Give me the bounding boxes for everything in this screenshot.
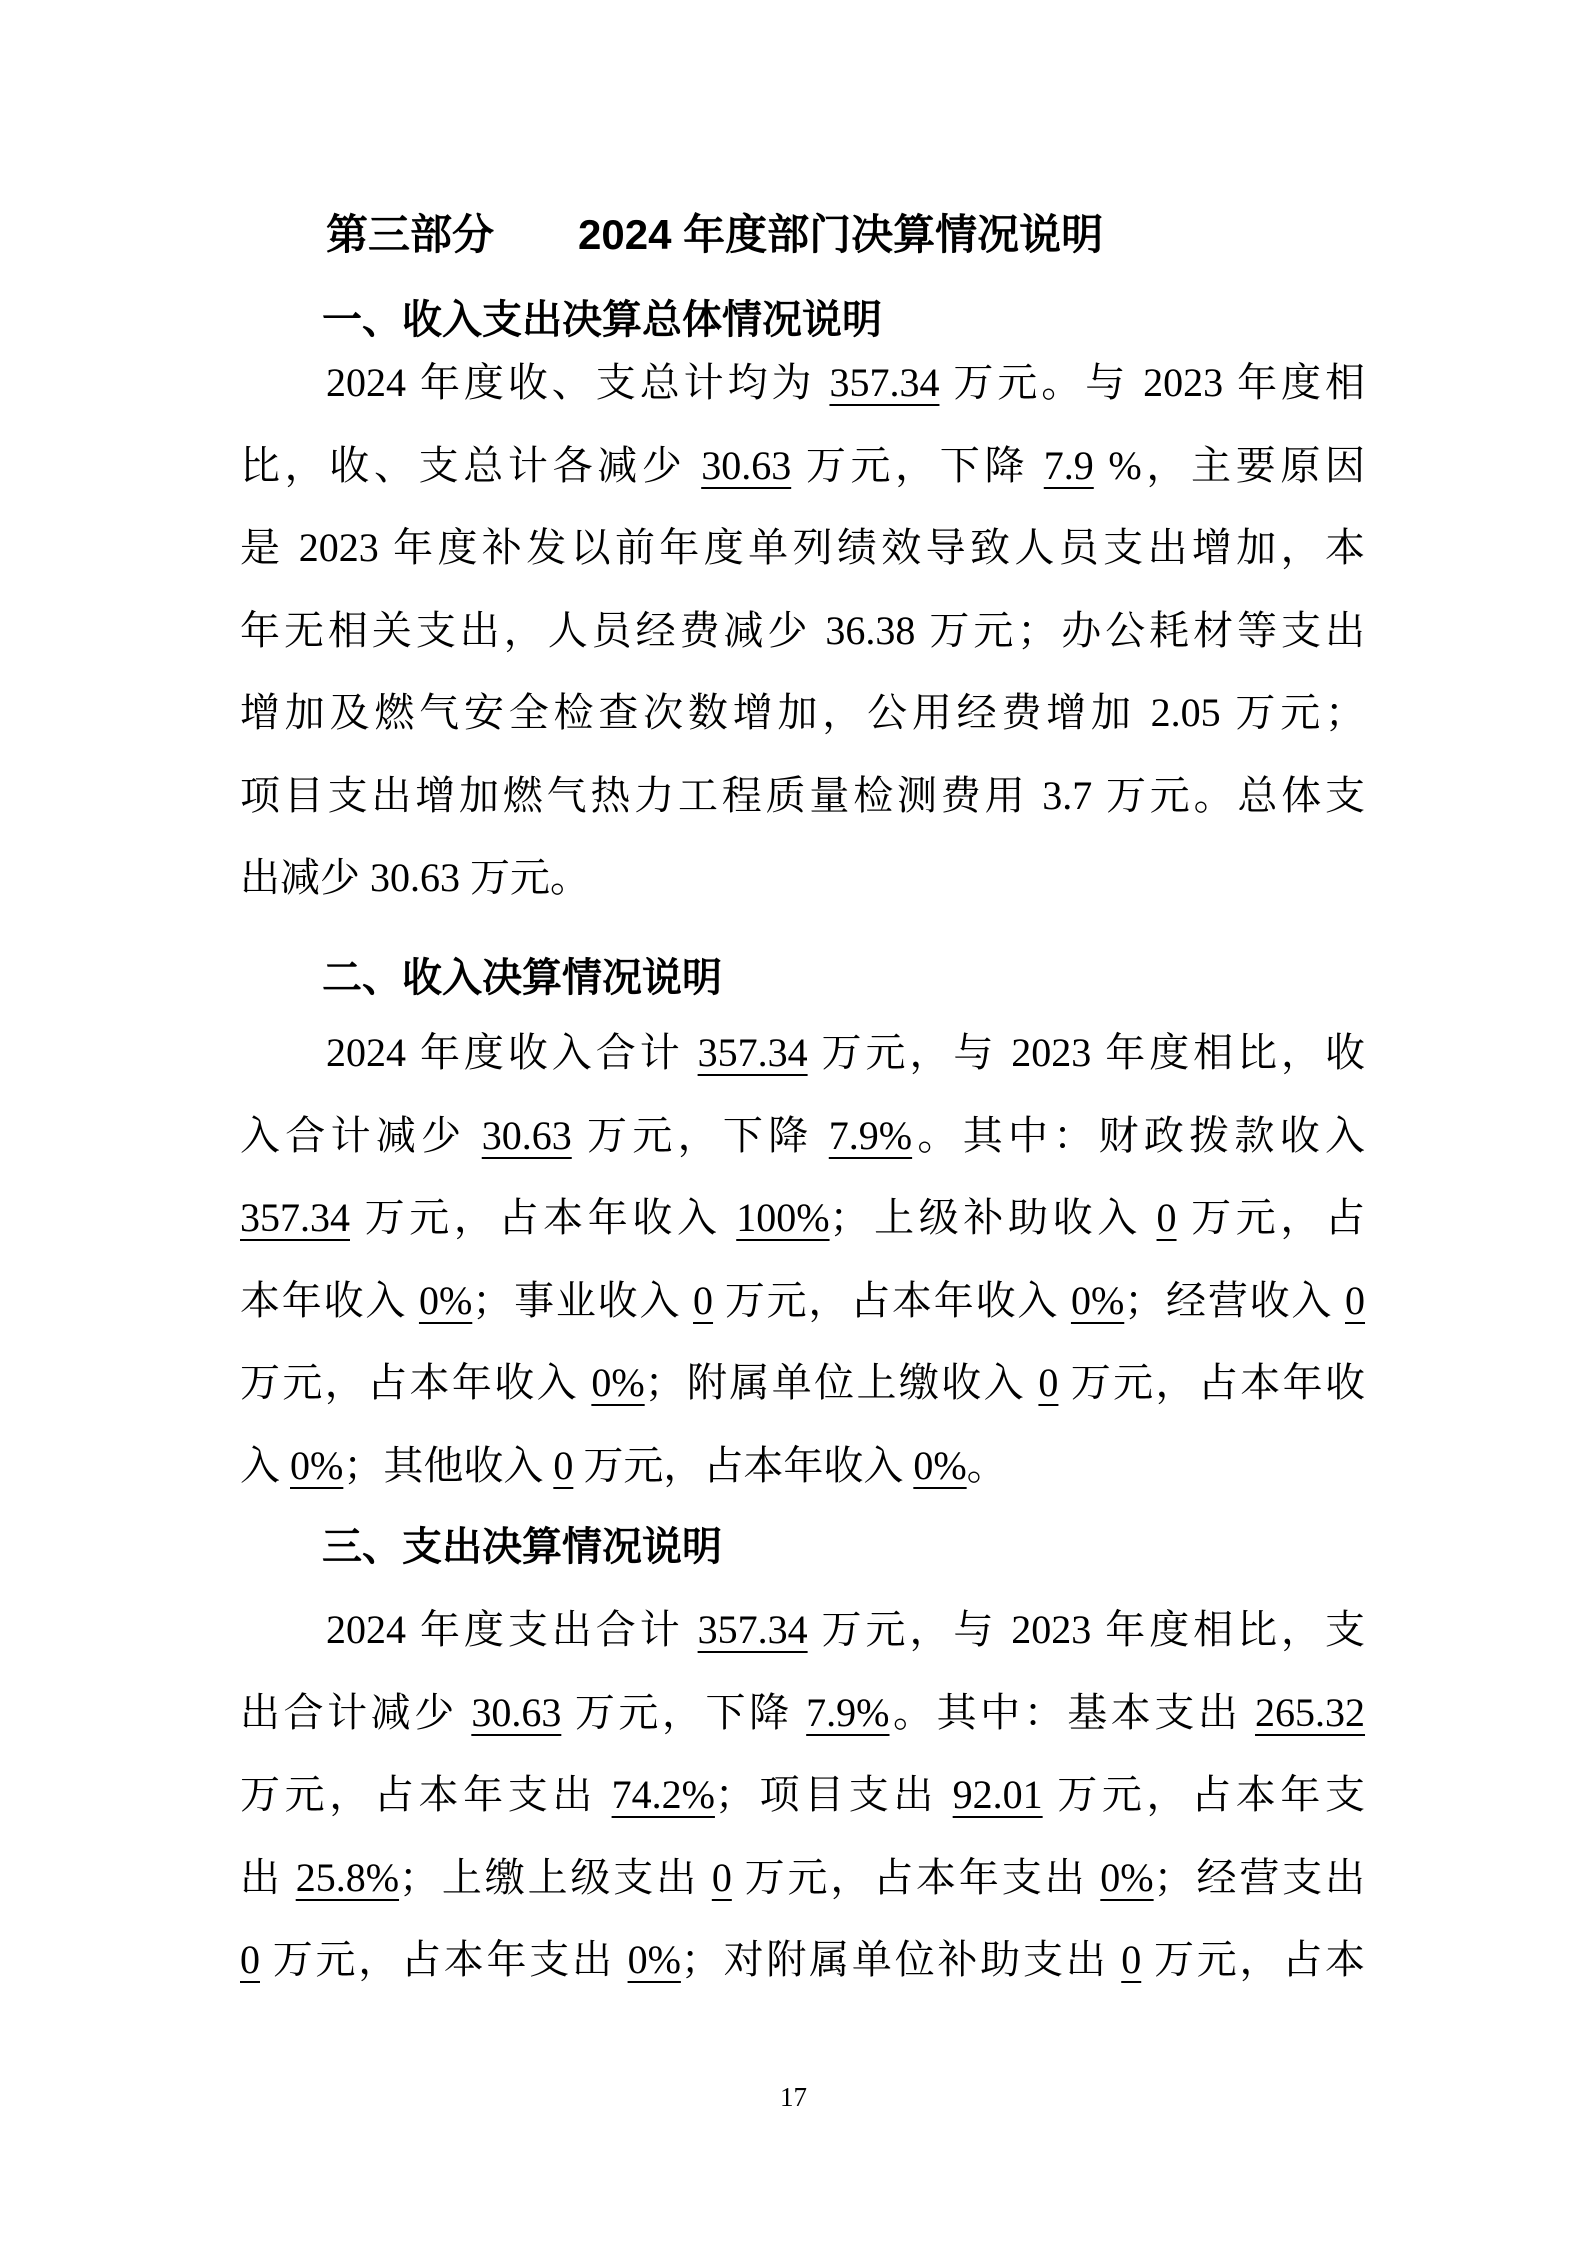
text-line: 入合计减少 30.63 万元，下降 7.9%。其中：财政拨款收入: [240, 1095, 1365, 1178]
underlined-value: 0: [1121, 1937, 1141, 1982]
text-segment: 2024 年度支出合计: [326, 1607, 698, 1652]
section-paragraph-3: 2024 年度支出合计 357.34 万元，与 2023 年度相比，支出合计减少…: [240, 1589, 1365, 2002]
text-segment: 万元，下降: [791, 443, 1044, 488]
text-segment: 是 2023 年度补发以前年度单列绩效导致人员支出增加，本: [240, 525, 1365, 570]
text-segment: 万元，占本年支: [1043, 1772, 1365, 1817]
text-segment: ；其他收入: [343, 1443, 553, 1488]
underlined-value: 0: [712, 1855, 732, 1900]
section-paragraph-1: 2024 年度收、支总计均为 357.34 万元。与 2023 年度相比，收、支…: [240, 342, 1365, 920]
underlined-value: 0: [553, 1443, 573, 1488]
text-segment: 万元，占本年支出: [732, 1855, 1100, 1900]
underlined-value: 30.63: [471, 1690, 561, 1735]
underlined-value: 357.34: [698, 1607, 808, 1652]
text-line: 项目支出增加燃气热力工程质量检测费用 3.7 万元。总体支: [240, 755, 1365, 838]
text-segment: 入合计减少: [240, 1113, 482, 1158]
text-line: 出 25.8%；上缴上级支出 0 万元，占本年支出 0%；经营支出: [240, 1837, 1365, 1920]
section-heading-3: 三、支出决算情况说明: [322, 1506, 722, 1589]
underlined-value: 0: [1038, 1360, 1058, 1405]
underlined-value: 357.34: [829, 360, 939, 405]
document-page: 第三部分 2024 年度部门决算情况说明 一、收入支出决算总体情况说明 2024…: [0, 0, 1587, 2245]
underlined-value: 0%: [1100, 1855, 1153, 1900]
underlined-value: 7.9: [1044, 443, 1094, 488]
text-segment: 万元，下降: [572, 1113, 829, 1158]
text-segment: 万元，占本年收入: [240, 1360, 591, 1405]
underlined-value: 30.63: [701, 443, 791, 488]
text-line: 出合计减少 30.63 万元，下降 7.9%。其中：基本支出 265.32: [240, 1672, 1365, 1755]
underlined-value: 357.34: [698, 1030, 808, 1075]
underlined-value: 0: [693, 1278, 713, 1323]
text-line: 万元，占本年收入 0%；附属单位上缴收入 0 万元，占本年收: [240, 1342, 1365, 1425]
text-segment: 入: [240, 1443, 290, 1488]
text-segment: 万元，占本年收入: [713, 1278, 1071, 1323]
text-line: 年无相关支出，人员经费减少 36.38 万元；办公耗材等支出: [240, 590, 1365, 673]
underlined-value: 30.63: [482, 1113, 572, 1158]
text-segment: 万元。与 2023 年度相: [939, 360, 1365, 405]
text-segment: 万元，下降: [561, 1690, 806, 1735]
text-segment: 增加及燃气安全检查次数增加，公用经费增加 2.05 万元；: [240, 690, 1365, 735]
text-line: 增加及燃气安全检查次数增加，公用经费增加 2.05 万元；: [240, 672, 1365, 755]
text-segment: 出合计减少: [240, 1690, 471, 1735]
text-segment: 年无相关支出，人员经费减少 36.38 万元；办公耗材等支出: [240, 608, 1365, 653]
text-segment: 万元，占本年收入: [350, 1195, 736, 1240]
text-line: 2024 年度收入合计 357.34 万元，与 2023 年度相比，收: [240, 1012, 1365, 1095]
text-segment: 比，收、支总计各减少: [240, 443, 701, 488]
underlined-value: 92.01: [953, 1772, 1043, 1817]
text-segment: 出: [240, 1855, 296, 1900]
underlined-value: 0%: [1071, 1278, 1124, 1323]
text-line: 入 0%；其他收入 0 万元，占本年收入 0%。: [240, 1425, 1365, 1508]
text-segment: 万元，占本年收: [1058, 1360, 1365, 1405]
underlined-value: 0%: [419, 1278, 472, 1323]
text-segment: ；项目支出: [715, 1772, 953, 1817]
underlined-value: 7.9%: [806, 1690, 889, 1735]
underlined-value: 100%: [736, 1195, 829, 1240]
text-segment: 。其中：财政拨款收入: [912, 1113, 1365, 1158]
underlined-value: 25.8%: [296, 1855, 399, 1900]
text-line: 357.34 万元，占本年收入 100%；上级补助收入 0 万元，占: [240, 1177, 1365, 1260]
text-segment: ；上缴上级支出: [399, 1855, 712, 1900]
text-segment: 2024 年度收入合计: [326, 1030, 698, 1075]
text-segment: %，主要原因: [1094, 443, 1365, 488]
underlined-value: 0: [240, 1937, 260, 1982]
text-segment: 出减少 30.63 万元。: [240, 855, 590, 900]
underlined-value: 74.2%: [612, 1772, 715, 1817]
text-segment: 项目支出增加燃气热力工程质量检测费用 3.7 万元。总体支: [240, 773, 1365, 818]
text-line: 万元，占本年支出 74.2%；项目支出 92.01 万元，占本年支: [240, 1754, 1365, 1837]
text-segment: 。: [967, 1443, 1007, 1488]
text-segment: 万元，占本年收入: [573, 1443, 913, 1488]
text-line: 是 2023 年度补发以前年度单列绩效导致人员支出增加，本: [240, 507, 1365, 590]
text-segment: 万元，占本年支出: [260, 1937, 628, 1982]
underlined-value: 0: [1157, 1195, 1177, 1240]
document-title: 第三部分 2024 年度部门决算情况说明: [326, 193, 1103, 276]
underlined-value: 0%: [913, 1443, 966, 1488]
text-segment: 本年收入: [240, 1278, 419, 1323]
section-heading-2: 二、收入决算情况说明: [322, 937, 722, 1020]
text-segment: 万元，占本年支出: [240, 1772, 612, 1817]
text-line: 本年收入 0%；事业收入 0 万元，占本年收入 0%；经营收入 0: [240, 1260, 1365, 1343]
underlined-value: 357.34: [240, 1195, 350, 1240]
text-segment: ；经营收入: [1124, 1278, 1345, 1323]
text-segment: ；经营支出: [1154, 1855, 1365, 1900]
text-line: 0 万元，占本年支出 0%；对附属单位补助支出 0 万元，占本: [240, 1919, 1365, 2002]
text-line: 2024 年度收、支总计均为 357.34 万元。与 2023 年度相: [240, 342, 1365, 425]
text-line: 出减少 30.63 万元。: [240, 837, 1365, 920]
text-segment: ；附属单位上缴收入: [645, 1360, 1039, 1405]
underlined-value: 0%: [290, 1443, 343, 1488]
text-segment: 。其中：基本支出: [890, 1690, 1256, 1735]
text-segment: 万元，占本: [1141, 1937, 1365, 1982]
section-paragraph-2: 2024 年度收入合计 357.34 万元，与 2023 年度相比，收入合计减少…: [240, 1012, 1365, 1507]
underlined-value: 0: [1345, 1278, 1365, 1323]
text-segment: ；对附属单位补助支出: [681, 1937, 1121, 1982]
text-line: 比，收、支总计各减少 30.63 万元，下降 7.9 %，主要原因: [240, 425, 1365, 508]
text-segment: 2024 年度收、支总计均为: [326, 360, 829, 405]
text-segment: ；上级补助收入: [830, 1195, 1157, 1240]
underlined-value: 0%: [628, 1937, 681, 1982]
text-segment: 万元，与 2023 年度相比，收: [808, 1030, 1365, 1075]
text-segment: 万元，与 2023 年度相比，支: [808, 1607, 1365, 1652]
underlined-value: 265.32: [1255, 1690, 1365, 1735]
text-segment: ；事业收入: [472, 1278, 693, 1323]
page-number: 17: [0, 2082, 1587, 2113]
underlined-value: 0%: [591, 1360, 644, 1405]
text-line: 2024 年度支出合计 357.34 万元，与 2023 年度相比，支: [240, 1589, 1365, 1672]
text-segment: 万元，占: [1177, 1195, 1366, 1240]
underlined-value: 7.9%: [829, 1113, 912, 1158]
